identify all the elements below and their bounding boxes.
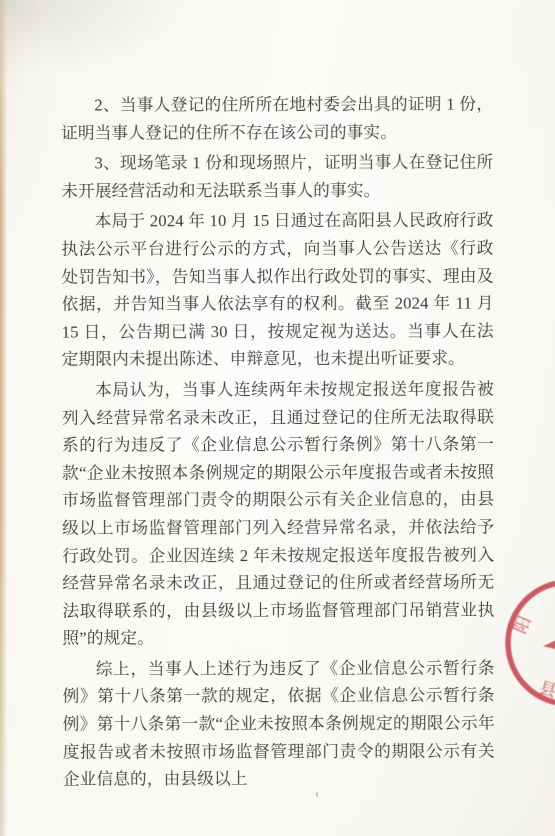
paragraph-conclusion: 综上，当事人上述行为违反了《企业信息公示暂行条例》第十八条第一款的规定，依据《企…	[63, 654, 495, 793]
paragraph-public-notice: 本局于 2024 年 10 月 15 日通过在高阳县人民政府行政执法公示平台进行…	[61, 207, 493, 374]
photo-background-edge	[0, 0, 7, 836]
document-body: 2、当事人登记的住所所在地村委会出具的证明 1 份，证明当事人登记的住所不存在该…	[61, 90, 495, 796]
seal-ring	[489, 565, 555, 724]
seal-star-icon	[536, 610, 555, 673]
scan-speck	[120, 152, 122, 154]
paragraph-evidence-2: 2、当事人登记的住所所在地村委会出具的证明 1 份，证明当事人登记的住所不存在该…	[61, 90, 493, 146]
document-photo: 2、当事人登记的住所所在地村委会出具的证明 1 份，证明当事人登记的住所不存在该…	[0, 0, 555, 836]
paragraph-bureau-opinion: 本局认为，当事人连续两年未按规定报送年度报告被列入经营异常名录未改正，且通过登记…	[62, 375, 495, 652]
scan-speck	[316, 792, 318, 797]
paragraph-evidence-3: 3、现场笔录 1 份和现场照片，证明当事人在登记住所未开展经营活动和无法联系当事…	[61, 149, 493, 205]
official-seal: 阳 县	[489, 565, 555, 725]
